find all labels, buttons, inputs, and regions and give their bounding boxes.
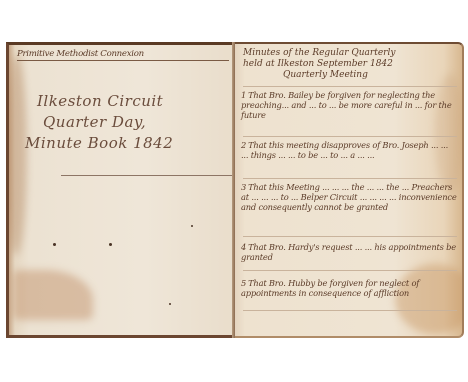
header-line-1: Minutes of the Regular Quarterly xyxy=(243,48,455,59)
header-line-3: Quarterly Meeting xyxy=(243,70,455,81)
page-header: Primitive Methodist Connexion xyxy=(17,49,229,61)
resolution-number: 3 xyxy=(241,182,246,192)
edge-stain xyxy=(6,55,27,255)
ruled-line xyxy=(243,86,457,87)
title-line-2: Quarter Day, xyxy=(37,112,173,133)
corner-stain xyxy=(13,270,93,320)
resolution-text: That this Meeting ... ... ... the ... ..… xyxy=(241,182,457,212)
resolution-3: 3That this Meeting ... ... ... the ... .… xyxy=(241,182,457,212)
resolution-4: 4That Bro. Hardy's request ... ... his a… xyxy=(241,242,457,262)
resolution-1: 1That Bro. Bailey be forgiven for neglec… xyxy=(241,90,457,120)
ink-spot xyxy=(53,243,56,246)
ruled-line xyxy=(243,310,457,311)
resolution-2: 2That this meeting disapproves of Bro. J… xyxy=(241,140,457,160)
left-page: Primitive Methodist Connexion Ilkeston C… xyxy=(6,42,235,338)
title-line-1: Ilkeston Circuit xyxy=(37,91,173,112)
resolution-number: 4 xyxy=(241,242,246,252)
ink-spot xyxy=(109,243,112,246)
resolution-number: 5 xyxy=(241,278,246,288)
resolution-text: That Bro. Bailey be forgiven for neglect… xyxy=(241,90,452,120)
ink-spot xyxy=(169,303,171,305)
resolution-number: 2 xyxy=(241,140,246,150)
title-line-3: Minute Book 1842 xyxy=(25,133,173,154)
ruled-line xyxy=(243,136,457,137)
resolution-text: That Bro. Hubby be forgiven for neglect … xyxy=(241,278,419,298)
resolution-number: 1 xyxy=(241,90,246,100)
open-minute-book: Primitive Methodist Connexion Ilkeston C… xyxy=(6,42,464,338)
header-line-2: held at Ilkeston September 1842 xyxy=(243,59,455,70)
resolution-text: That Bro. Hardy's request ... ... his ap… xyxy=(241,242,456,262)
ruled-line xyxy=(243,270,457,271)
resolution-5: 5That Bro. Hubby be forgiven for neglect… xyxy=(241,278,457,298)
corner-stain xyxy=(395,264,464,334)
resolution-text: That this meeting disapproves of Bro. Jo… xyxy=(241,140,448,160)
title-block: Ilkeston Circuit Quarter Day, Minute Boo… xyxy=(37,91,173,154)
right-page: Minutes of the Regular Quarterly held at… xyxy=(235,42,464,338)
ruled-line xyxy=(243,236,457,237)
minutes-header: Minutes of the Regular Quarterly held at… xyxy=(243,48,455,81)
ruled-line xyxy=(243,178,457,179)
divider-rule xyxy=(61,175,233,176)
ink-spot xyxy=(191,225,193,227)
